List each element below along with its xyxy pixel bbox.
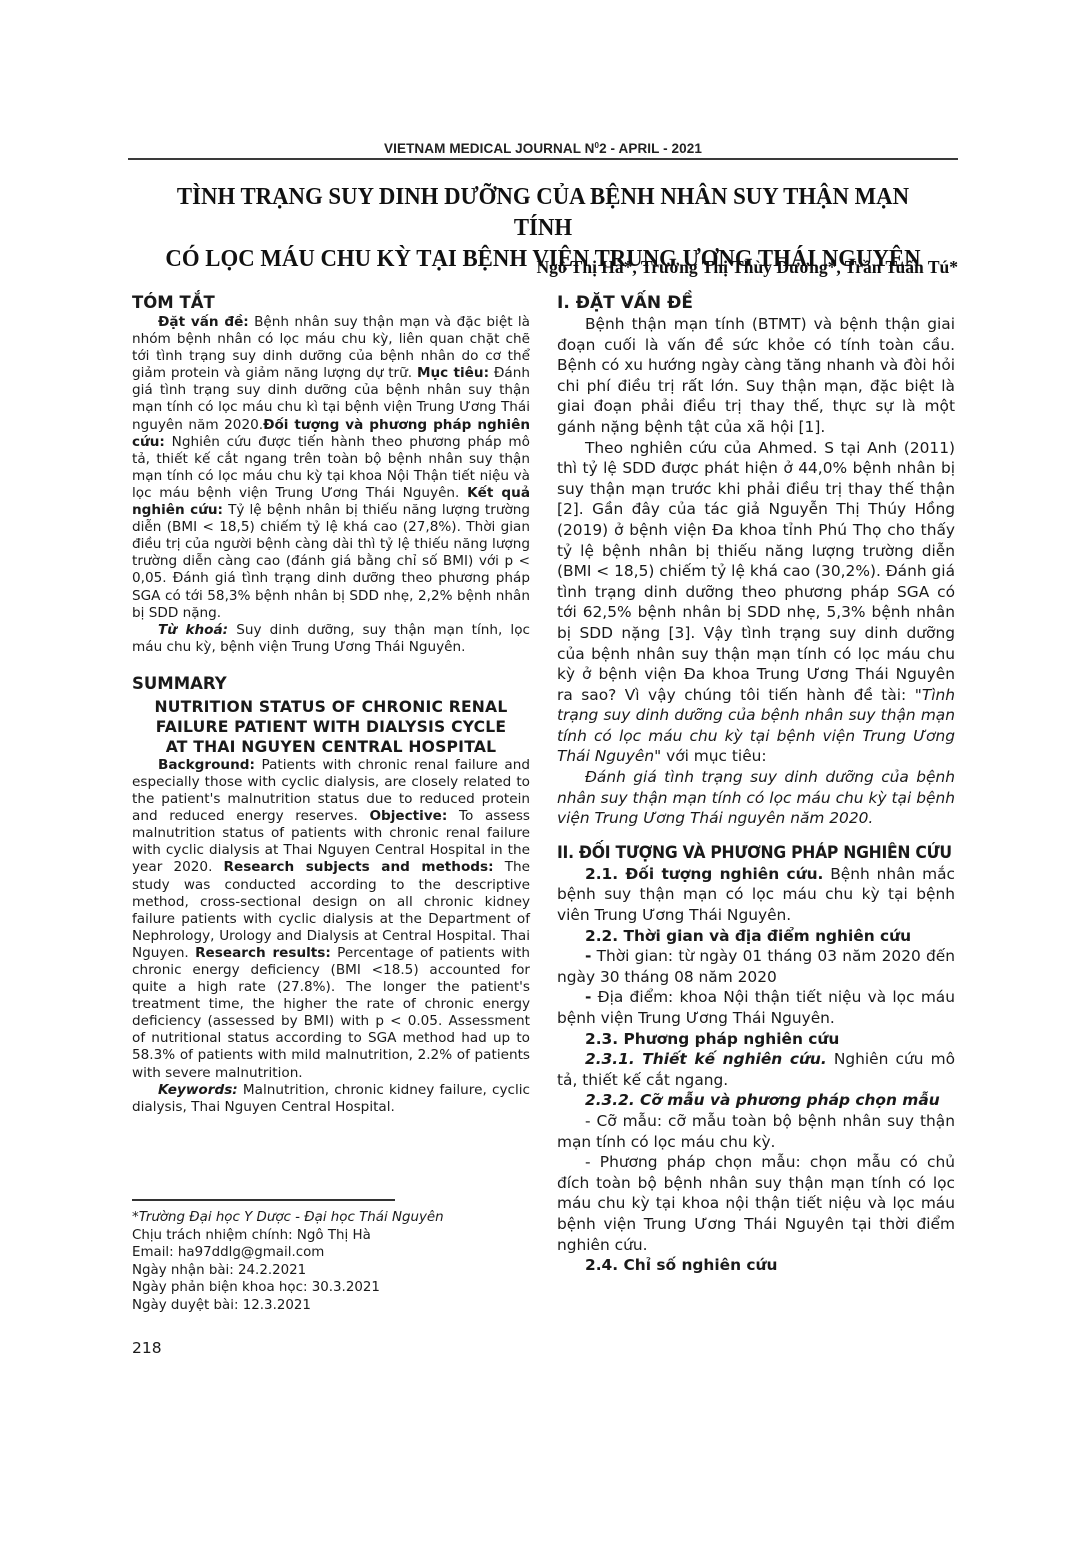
section-2-2-place: - Địa điểm: khoa Nội thận tiết niệu và l…	[557, 987, 955, 1028]
right-column: I. ĐẶT VẤN ĐỀ Bệnh thận mạn tính (BTMT) …	[557, 293, 955, 1276]
section-1-paragraph-1: Bệnh thận mạn tính (BTMT) và bệnh thận g…	[557, 314, 955, 438]
summary-heading: SUMMARY	[132, 673, 530, 695]
sampling-method: - Phương pháp chọn mẫu: chọn mẫu có chủ …	[557, 1152, 955, 1255]
label-objective-en: Objective:	[369, 808, 447, 824]
title-line-1: TÌNH TRẠNG SUY DINH DƯỠNG CỦA BỆNH NHÂN …	[157, 181, 929, 243]
english-title-line-3: AT THAI NGUYEN CENTRAL HOSPITAL	[132, 737, 530, 757]
text-results-vi: Tỷ lệ bệnh nhân bị thiếu năng lượng trườ…	[132, 502, 530, 621]
footnote-received-date: Ngày nhận bài: 24.2.2021	[132, 1262, 532, 1280]
section-2-2-time: - Thời gian: từ ngày 01 tháng 03 năm 202…	[557, 946, 955, 987]
section-2-2-heading: 2.2. Thời gian và địa điểm nghiên cứu	[557, 926, 955, 947]
footnote-email: Email: ha97ddlg@gmail.com	[132, 1244, 532, 1262]
label-methods-en: Research subjects and methods:	[224, 859, 494, 875]
keywords-vi: Từ khoá: Suy dinh dưỡng, suy thận mạn tí…	[132, 622, 530, 656]
section-2-4-heading: 2.4. Chỉ số nghiên cứu	[557, 1255, 955, 1276]
section-1-p2-tail: với mục tiêu:	[661, 747, 766, 765]
page-number: 218	[132, 1339, 162, 1357]
english-title-line-1: NUTRITION STATUS OF CHRONIC RENAL	[132, 697, 530, 717]
english-title: NUTRITION STATUS OF CHRONIC RENAL FAILUR…	[132, 697, 530, 757]
section-1-p2-text: Theo nghiên cứu của Ahmed. S tại Anh (20…	[557, 439, 955, 704]
paper-page: VIETNAM MEDICAL JOURNAL N02 - APRIL - 20…	[0, 0, 1090, 1541]
header-rule	[128, 158, 958, 160]
section-2-3-1-label: 2.3.1. Thiết kế nghiên cứu.	[585, 1050, 827, 1068]
running-header: VIETNAM MEDICAL JOURNAL N02 - APRIL - 20…	[128, 141, 958, 156]
keywords-vi-label: Từ khoá:	[158, 622, 228, 638]
left-column: TÓM TẮT Đặt vấn đề: Bệnh nhân suy thận m…	[132, 292, 530, 1116]
label-objective-vi: Mục tiêu:	[417, 365, 489, 381]
abstract-vi-heading: TÓM TẮT	[132, 292, 530, 314]
footnote-accepted-date: Ngày duyệt bài: 12.3.2021	[132, 1297, 532, 1315]
section-2-3-2-heading: 2.3.2. Cỡ mẫu và phương pháp chọn mẫu	[557, 1090, 955, 1111]
section-2-1: 2.1. Đối tượng nghiên cứu. Bệnh nhân mắc…	[557, 864, 955, 926]
footnote-rule	[132, 1199, 395, 1201]
section-2-1-label: 2.1. Đối tượng nghiên cứu.	[585, 865, 823, 883]
text-results-en: Percentage of patients with chronic ener…	[132, 945, 530, 1081]
study-place: Địa điểm: khoa Nội thận tiết niệu và lọc…	[557, 988, 955, 1027]
footnote-corresponding-author: Chịu trách nhiệm chính: Ngô Thị Hà	[132, 1227, 532, 1245]
journal-issue-date: 2 - APRIL - 2021	[599, 141, 702, 156]
journal-name: VIETNAM MEDICAL JOURNAL N	[384, 141, 595, 156]
study-objective: Đánh giá tình trạng suy dinh dưỡng của b…	[557, 767, 955, 829]
section-2-3-heading: 2.3. Phương pháp nghiên cứu	[557, 1029, 955, 1050]
english-title-line-2: FAILURE PATIENT WITH DIALYSIS CYCLE	[132, 717, 530, 737]
label-results-en: Research results:	[195, 945, 331, 961]
section-2-3-1: 2.3.1. Thiết kế nghiên cứu. Nghiên cứu m…	[557, 1049, 955, 1090]
footnote-affiliation: *Trường Đại học Y Dược - Đại học Thái Ng…	[132, 1209, 532, 1227]
authors: Ngô Thị Hà*, Trương Thị Thùy Dương*, Trầ…	[536, 257, 958, 278]
abstract-vi-body: Đặt vấn đề: Bệnh nhân suy thận mạn và đặ…	[132, 314, 530, 622]
keywords-en: Keywords: Malnutrition, chronic kidney f…	[132, 1082, 530, 1116]
study-time: Thời gian: từ ngày 01 tháng 03 năm 2020 …	[557, 947, 955, 986]
label-background-vi: Đặt vấn đề:	[158, 314, 249, 330]
footnotes: *Trường Đại học Y Dược - Đại học Thái Ng…	[132, 1209, 532, 1315]
sample-size: - Cỡ mẫu: cỡ mẫu toàn bộ bệnh nhân suy t…	[557, 1111, 955, 1152]
keywords-en-label: Keywords:	[158, 1082, 238, 1098]
footnote-review-date: Ngày phản biện khoa học: 30.3.2021	[132, 1279, 532, 1297]
section-1-paragraph-2: Theo nghiên cứu của Ahmed. S tại Anh (20…	[557, 438, 955, 768]
abstract-en-body: Background: Patients with chronic renal …	[132, 757, 530, 1082]
section-1-heading: I. ĐẶT VẤN ĐỀ	[557, 293, 955, 314]
label-background-en: Background:	[158, 757, 255, 773]
section-2-heading: II. ĐỐI TƯỢNG VÀ PHƯƠNG PHÁP NGHIÊN CỨU	[557, 843, 923, 864]
